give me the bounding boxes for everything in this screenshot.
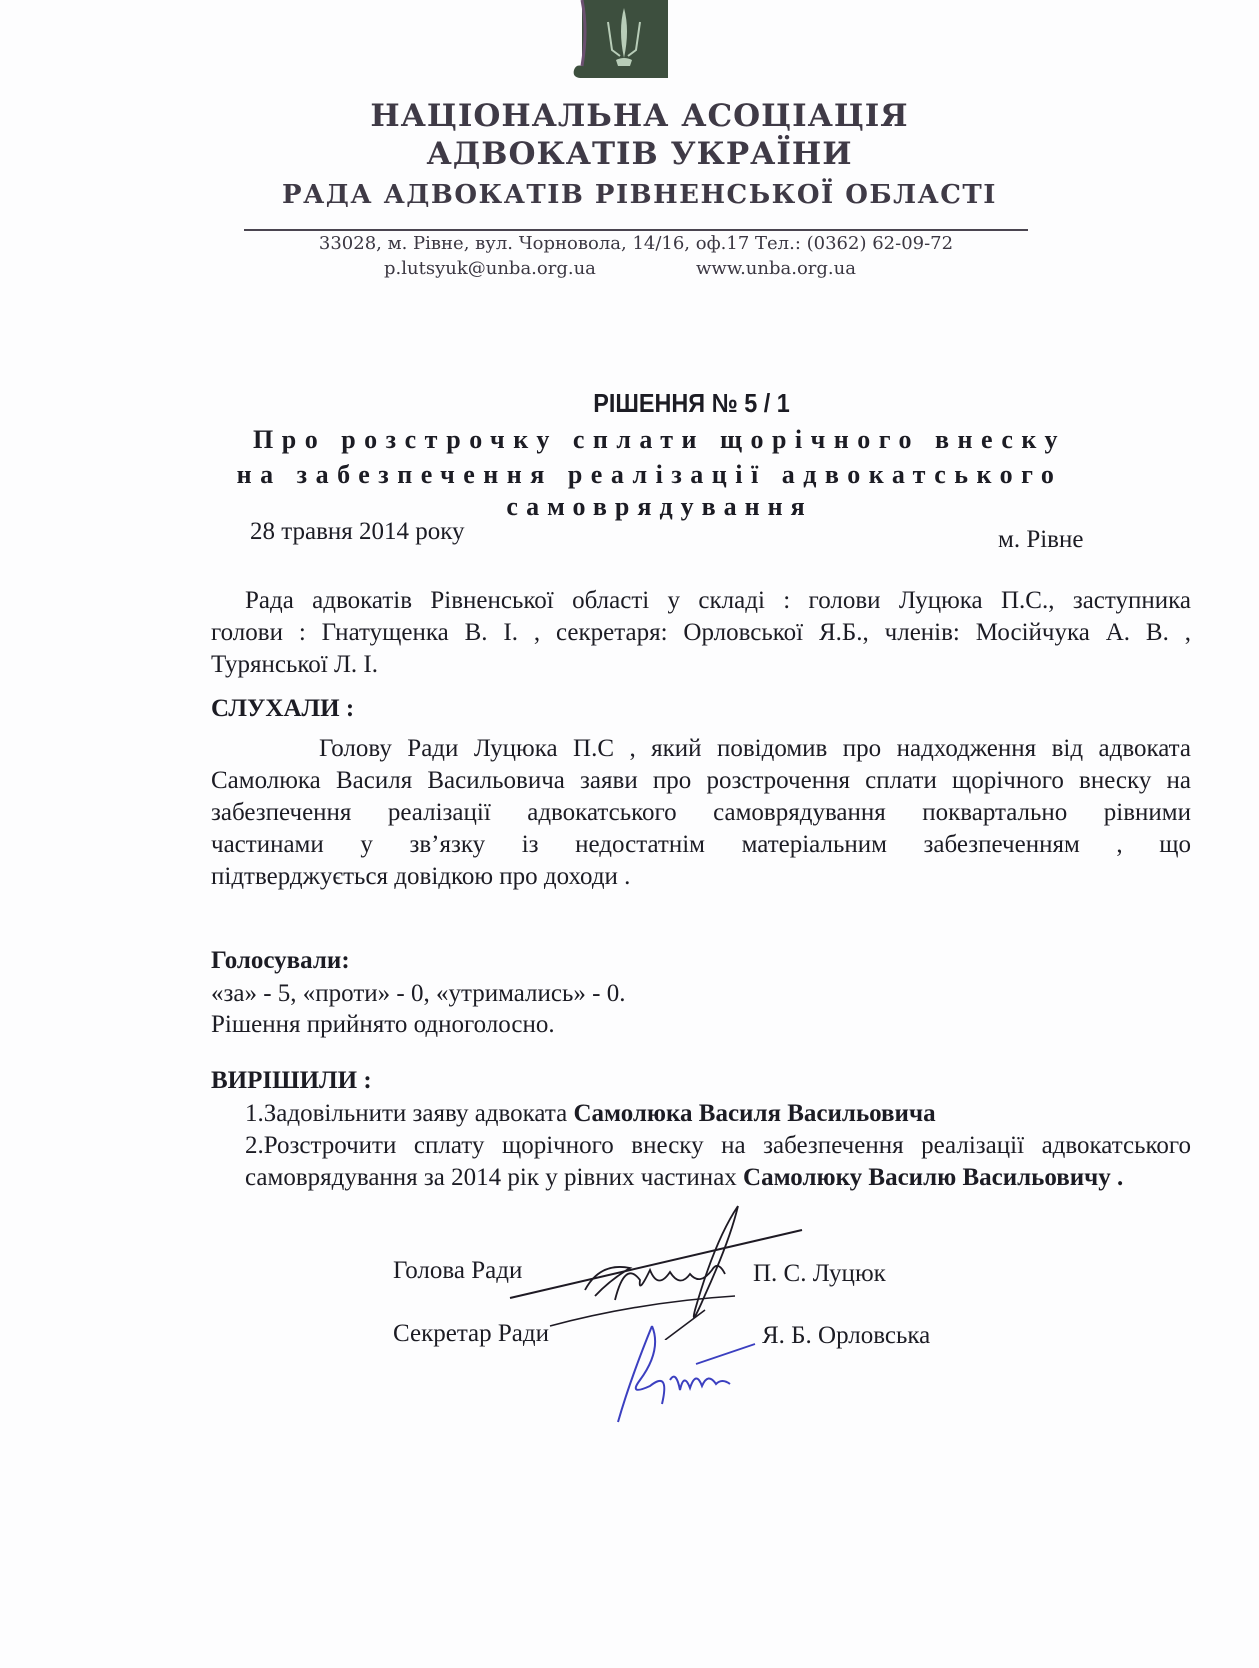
composition-line: Рада адвокатів Рівненської області у скл… (211, 585, 1191, 617)
org-council-name: РАДА АДВОКАТІВ РІВНЕНСЬКОЇ ОБЛАСТІ (10, 180, 1259, 210)
heard-body: Голову Ради Луцюка П.С , який повідомив … (211, 733, 1191, 893)
decision-subject-line-3: самоврядування (30, 492, 1259, 522)
voting-result: «за» - 5, «проти» - 0, «утримались» - 0. (211, 978, 1191, 1010)
decision-date: 28 травня 2014 року (250, 518, 465, 546)
council-composition: Рада адвокатів Рівненської області у скл… (211, 585, 1191, 681)
document-page: НАЦІОНАЛЬНА АСОЦІАЦІЯ АДВОКАТІВ УКРАЇНИ … (0, 0, 1259, 1668)
heard-heading: СЛУХАЛИ : (211, 695, 354, 723)
voting-heading: Голосували: (211, 947, 350, 975)
composition-line: Турянської Л. І. (211, 649, 1191, 681)
letterhead-divider (244, 229, 1028, 231)
resolved-heading: ВИРІШИЛИ : (211, 1067, 372, 1095)
quill-trident-logo-icon (568, 0, 673, 80)
org-website: www.unba.org.ua (696, 258, 856, 279)
heard-line: Голову Ради Луцюка П.С , який повідомив … (211, 733, 1191, 765)
resolved-item-2-line-2: самоврядування за 2014 рік у рівних част… (245, 1164, 743, 1191)
heard-line: частинами у зв’язку із недостатнім матер… (211, 829, 1191, 861)
resolved-item-2-line-1: 2.Розстрочити сплату щорічного внеску на… (245, 1130, 1191, 1162)
heard-line: Самолюка Василя Васильовича заяви про ро… (211, 765, 1191, 797)
voting-conclusion: Рішення прийнято одноголосно. (211, 1009, 1191, 1041)
org-email: p.lutsyuk@unba.org.ua (384, 258, 596, 279)
resolved-item-2: 2.Розстрочити сплату щорічного внеску на… (245, 1130, 1191, 1194)
org-name-line-1: НАЦІОНАЛЬНА АСОЦІАЦІЯ (10, 98, 1259, 134)
resolved-item-1-text: 1.Задовільнити заяву адвоката (245, 1100, 573, 1127)
applicant-name-dative: Самолюку Василю Васильовичу . (743, 1164, 1123, 1191)
applicant-name: Самолюка Василя Васильовича (573, 1100, 935, 1127)
secretary-signature-icon (600, 1320, 760, 1430)
composition-line: голови : Гнатущенка В. І. , секретаря: О… (211, 617, 1191, 649)
heard-line: підтверджується довідкою про доходи . (211, 861, 1191, 893)
org-address: 33028, м. Рівне, вул. Чорновола, 14/16, … (244, 233, 1028, 254)
heard-line: забезпечення реалізації адвокатського са… (211, 797, 1191, 829)
decision-subject-line-2: на забезпечення реалізації адвокатського (20, 460, 1259, 490)
decision-number: РІШЕННЯ № 5 / 1 (125, 388, 1258, 419)
decision-subject-line-1: Про розстрочку сплати щорічного внеску (30, 425, 1259, 455)
chair-signature-icon (490, 1200, 820, 1340)
org-name-line-2: АДВОКАТІВ УКРАЇНИ (10, 136, 1259, 172)
resolved-item-1: 1.Задовільнити заяву адвоката Самолюка В… (245, 1098, 1191, 1130)
decision-city: м. Рівне (998, 526, 1083, 554)
